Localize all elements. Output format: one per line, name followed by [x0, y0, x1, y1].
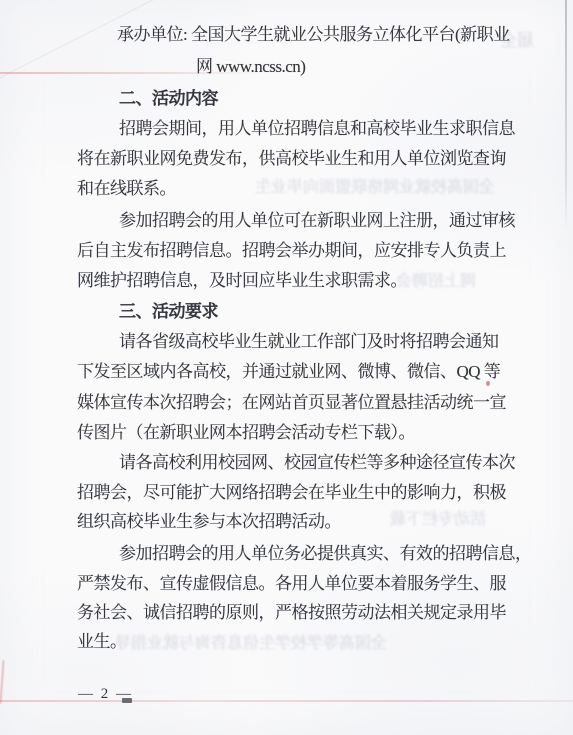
text-line: 请各省级高校毕业生就业工作部门及时将招聘会通知 — [119, 331, 499, 352]
bleedthrough-text: 全国高校就业网络联盟面向毕业生 — [255, 174, 495, 197]
text-line: 参加招聘会的用人单位务必提供真实、有效的招聘信息， — [119, 543, 532, 564]
bleedthrough-text: 活动专栏下载 — [390, 506, 486, 529]
text-line: 下发至区域内各高校，并通过就业网、微博、微信、QQ 等 — [77, 361, 500, 382]
text-line: 参加招聘会的用人单位可在新职业网上注册，通过审核 — [119, 210, 515, 231]
text-line: 请各高校利用校园网、校园宣传栏等多种途径宣传本次 — [119, 452, 515, 473]
text-line: 务社会、诚信招聘的原则，严格按照劳动法相关规定录用毕 — [77, 602, 506, 623]
text-line: 严禁发布、宣传虚假信息。各用人单位要本着服务学生、服 — [77, 573, 506, 594]
text-line: 业生。 — [77, 631, 127, 652]
text-line: 后自主发布招聘信息。招聘会举办期间，应安排专人负责上 — [77, 240, 506, 261]
text-line: 招聘会，尽可能扩大网络招聘会在毕业生中的影响力，积极 — [77, 482, 506, 503]
bleedthrough-text: 网上招聘会 — [396, 268, 476, 291]
text-line: 和在线联系。 — [77, 178, 176, 199]
page-number: — 2 — — [78, 686, 133, 703]
text-line: 组织高校毕业生参与本次招聘活动。 — [77, 511, 341, 532]
text-line: 媒体宣传本次招聘会；在网站首页显著位置悬挂活动统一宣 — [77, 392, 506, 413]
bleedthrough-text: 全国高等学校学生信息咨询与就业指导 — [115, 630, 387, 653]
text-line: 招聘会期间，用人单位招聘信息和高校毕业生求职信息 — [119, 118, 515, 139]
text-line: 网维护招聘信息，及时回应毕业生求职需求。 — [77, 270, 407, 291]
text-line: 承办单位: 全国大学生就业公共服务立体化平台(新职业 — [117, 24, 510, 45]
scan-edge-line — [565, 0, 567, 232]
section-heading: 三、活动要求 — [119, 301, 218, 322]
text-line: 网 www.ncss.cn) — [196, 56, 305, 77]
scanned-page: 届全全国高校就业网络联盟面向毕业生网上招聘会活动专栏下载全国高等学校学生信息咨询… — [0, 0, 573, 735]
section-heading: 二、活动内容 — [119, 88, 218, 109]
text-line: 将在新职业网免费发布，供高校毕业生和用人单位浏览查询 — [77, 148, 506, 169]
scan-red-mark — [0, 660, 5, 704]
text-line: 传图片（在新职业网本招聘会活动专栏下载）。 — [77, 422, 415, 443]
